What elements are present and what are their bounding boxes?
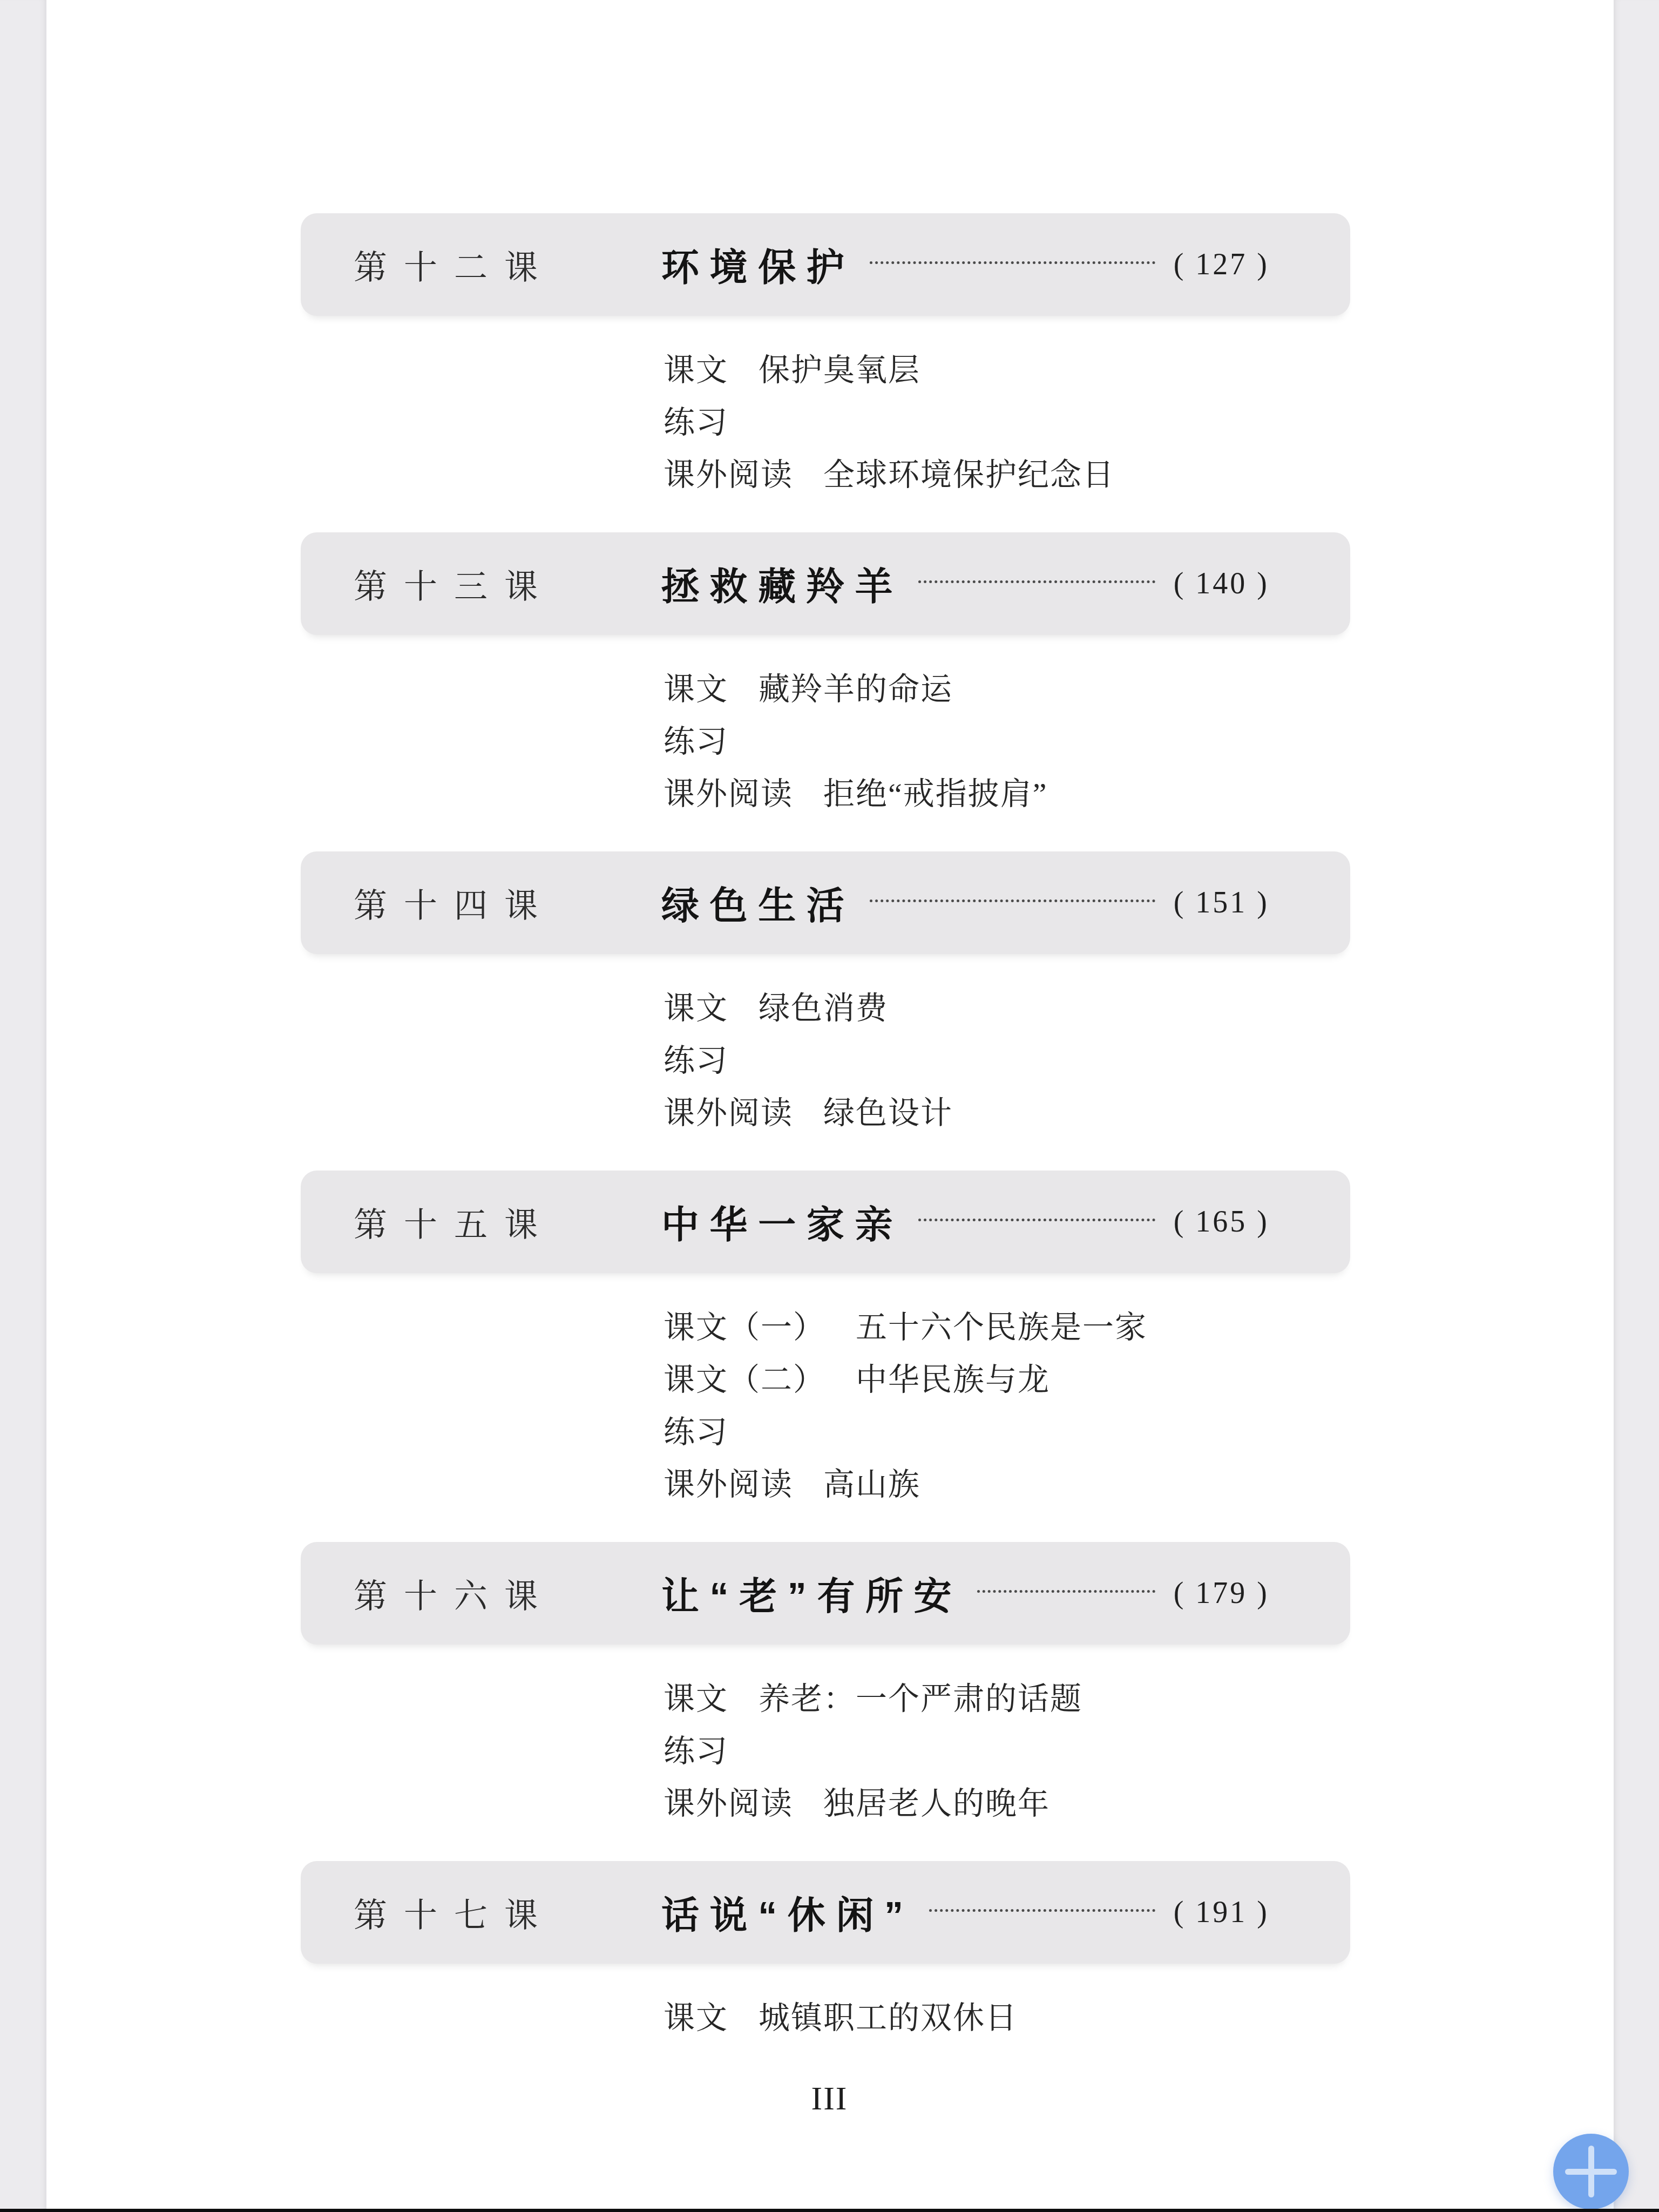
lesson-sub-item: 练习 — [663, 1403, 1350, 1455]
lesson-title: 话说“休闲” — [661, 1885, 914, 1940]
dotted-leader — [870, 899, 1155, 902]
sub-item-text: 高山族 — [823, 1459, 920, 1504]
toc-lesson-entry[interactable]: 第十七课 话说“休闲” ( 191 ) — [301, 1861, 1350, 1964]
lesson-title: 环境保护 — [661, 238, 855, 292]
lesson-sub-item: 课文 保护臭氧层 — [663, 341, 1350, 393]
sub-item-text: 城镇职工的双休日 — [759, 1992, 1018, 2038]
lesson-page-number: ( 151 ) — [1174, 885, 1269, 920]
lesson-title: 让“老”有所安 — [661, 1566, 962, 1621]
lesson-page-number: ( 191 ) — [1174, 1895, 1269, 1930]
sub-item-label: 练习 — [663, 1406, 728, 1452]
sub-item-text: 独居老人的晚年 — [823, 1778, 1050, 1823]
sub-item-text: 全球环境保护纪念日 — [823, 449, 1115, 495]
lesson-page-number: ( 179 ) — [1174, 1576, 1269, 1611]
sub-item-label: 课文 — [663, 664, 728, 709]
lesson-title: 拯救藏羚羊 — [661, 557, 903, 611]
toc-lesson-block: 第十三课 拯救藏羚羊 ( 140 ) 课文 藏羚羊的命运 练习 课外阅读 拒绝“… — [301, 532, 1350, 817]
lesson-page-number: ( 165 ) — [1174, 1205, 1269, 1239]
lesson-number-label: 第十四课 — [354, 879, 661, 927]
table-of-contents: 第十二课 环境保护 ( 127 ) 课文 保护臭氧层 练习 课外阅读 全球环境保… — [301, 213, 1350, 2075]
toc-lesson-entry[interactable]: 第十二课 环境保护 ( 127 ) — [301, 213, 1350, 316]
lesson-sub-item: 课外阅读 全球环境保护纪念日 — [663, 445, 1350, 498]
lesson-page-number: ( 140 ) — [1174, 566, 1269, 601]
sub-item-label: 课外阅读 — [663, 1778, 793, 1823]
sub-item-label: 课外阅读 — [663, 1459, 793, 1504]
lesson-page-number: ( 127 ) — [1174, 247, 1269, 282]
lesson-title: 绿色生活 — [661, 876, 855, 930]
sub-item-label: 练习 — [663, 397, 728, 442]
lesson-sub-items: 课文（一） 五十六个民族是一家 课文（二） 中华民族与龙 练习 课外阅读 高山族 — [663, 1298, 1350, 1507]
lesson-sub-item: 课文 养老：一个严肃的话题 — [663, 1669, 1350, 1722]
sub-item-label: 课文（一） — [663, 1302, 825, 1347]
lesson-sub-item: 练习 — [663, 1722, 1350, 1774]
add-button[interactable] — [1553, 2134, 1629, 2209]
sub-item-text: 五十六个民族是一家 — [856, 1302, 1147, 1347]
lesson-number-label: 第十七课 — [354, 1889, 661, 1937]
toc-lesson-entry[interactable]: 第十六课 让“老”有所安 ( 179 ) — [301, 1542, 1350, 1645]
lesson-number-label: 第十六课 — [354, 1570, 661, 1618]
lesson-sub-items: 课文 城镇职工的双休日 — [663, 1988, 1350, 2041]
lesson-sub-item: 课文 绿色消费 — [663, 979, 1350, 1031]
sub-item-label: 课文 — [663, 1673, 728, 1719]
sub-item-label: 课文（二） — [663, 1354, 825, 1399]
lesson-sub-item: 课外阅读 高山族 — [663, 1455, 1350, 1507]
sub-item-text: 绿色消费 — [759, 983, 888, 1028]
lesson-sub-item: 课文 城镇职工的双休日 — [663, 1988, 1350, 2041]
lesson-sub-item: 练习 — [663, 712, 1350, 765]
toc-lesson-entry[interactable]: 第十四课 绿色生活 ( 151 ) — [301, 851, 1350, 954]
sub-item-label: 课外阅读 — [663, 1087, 793, 1133]
sub-item-label: 练习 — [663, 716, 728, 761]
lesson-sub-items: 课文 保护臭氧层 练习 课外阅读 全球环境保护纪念日 — [663, 341, 1350, 498]
sub-item-text: 中华民族与龙 — [856, 1354, 1050, 1399]
left-page-margin-strip — [0, 0, 46, 2212]
toc-lesson-block: 第十四课 绿色生活 ( 151 ) 课文 绿色消费 练习 课外阅读 绿色设计 — [301, 851, 1350, 1136]
sub-item-text: 绿色设计 — [823, 1087, 953, 1133]
toc-lesson-block: 第十六课 让“老”有所安 ( 179 ) 课文 养老：一个严肃的话题 练习 课外… — [301, 1542, 1350, 1827]
toc-lesson-block: 第十七课 话说“休闲” ( 191 ) 课文 城镇职工的双休日 — [301, 1861, 1350, 2041]
dotted-leader — [929, 1909, 1155, 1912]
lesson-sub-item: 课文（二） 中华民族与龙 — [663, 1350, 1350, 1403]
lesson-sub-item: 课外阅读 绿色设计 — [663, 1084, 1350, 1136]
lesson-title: 中华一家亲 — [661, 1195, 903, 1249]
lesson-sub-item: 课文 藏羚羊的命运 — [663, 660, 1350, 712]
dotted-leader — [918, 580, 1155, 583]
sub-item-text: 保护臭氧层 — [759, 344, 920, 390]
sub-item-label: 课外阅读 — [663, 768, 793, 814]
dotted-leader — [977, 1590, 1155, 1593]
lesson-number-label: 第十三课 — [354, 560, 661, 608]
sub-item-label: 课文 — [663, 983, 728, 1028]
dotted-leader — [870, 261, 1155, 264]
right-page-margin-strip — [1614, 0, 1659, 2212]
sub-item-text: 拒绝“戒指披肩” — [823, 768, 1048, 814]
toc-lesson-block: 第十五课 中华一家亲 ( 165 ) 课文（一） 五十六个民族是一家 课文（二）… — [301, 1171, 1350, 1507]
sub-item-text: 养老：一个严肃的话题 — [759, 1673, 1082, 1719]
lesson-sub-item: 课外阅读 拒绝“戒指披肩” — [663, 765, 1350, 817]
lesson-number-label: 第十二课 — [354, 241, 661, 289]
lesson-sub-items: 课文 藏羚羊的命运 练习 课外阅读 拒绝“戒指披肩” — [663, 660, 1350, 817]
lesson-sub-items: 课文 绿色消费 练习 课外阅读 绿色设计 — [663, 979, 1350, 1136]
sub-item-text: 藏羚羊的命运 — [759, 664, 953, 709]
sub-item-label: 练习 — [663, 1726, 728, 1771]
toc-lesson-entry[interactable]: 第十三课 拯救藏羚羊 ( 140 ) — [301, 532, 1350, 635]
bottom-edge-divider — [0, 2209, 1659, 2212]
dotted-leader — [918, 1219, 1155, 1221]
lesson-number-label: 第十五课 — [354, 1198, 661, 1246]
lesson-sub-items: 课文 养老：一个严肃的话题 练习 课外阅读 独居老人的晚年 — [663, 1669, 1350, 1827]
sub-item-label: 课外阅读 — [663, 449, 793, 495]
lesson-sub-item: 练习 — [663, 393, 1350, 445]
sub-item-label: 练习 — [663, 1035, 728, 1080]
plus-icon — [1565, 2146, 1617, 2197]
page-number-footer: III — [0, 2080, 1659, 2118]
sub-item-label: 课文 — [663, 1992, 728, 2038]
lesson-sub-item: 课外阅读 独居老人的晚年 — [663, 1774, 1350, 1827]
lesson-sub-item: 练习 — [663, 1031, 1350, 1084]
toc-lesson-block: 第十二课 环境保护 ( 127 ) 课文 保护臭氧层 练习 课外阅读 全球环境保… — [301, 213, 1350, 498]
toc-lesson-entry[interactable]: 第十五课 中华一家亲 ( 165 ) — [301, 1171, 1350, 1273]
lesson-sub-item: 课文（一） 五十六个民族是一家 — [663, 1298, 1350, 1350]
sub-item-label: 课文 — [663, 344, 728, 390]
